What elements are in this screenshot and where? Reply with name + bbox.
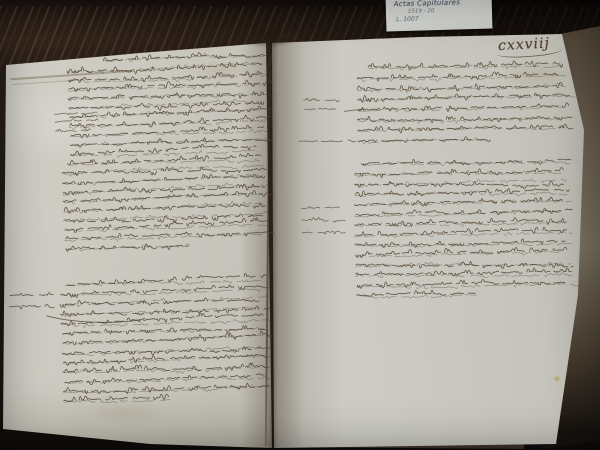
label-shelfmark: L. 1007 <box>396 14 486 24</box>
manuscript-photo: cxxviij Actas Capitulares 1519 - 20 L. 1… <box>0 0 600 450</box>
right-page-paragraph-1 <box>356 58 600 158</box>
left-page-margin-note-2 <box>8 289 83 325</box>
handwriting-layer <box>0 0 600 450</box>
archive-label: Actas Capitulares 1519 - 20 L. 1007 <box>386 0 493 31</box>
left-page-paragraph-2 <box>61 150 301 265</box>
left-page-paragraph-3 <box>59 271 302 418</box>
left-page-margin-note-1 <box>54 106 127 146</box>
right-page-margin-note-3 <box>300 202 377 252</box>
right-page-paragraph-2 <box>353 154 600 312</box>
right-page-margin-note-2 <box>297 136 379 159</box>
right-page-margin-note-1 <box>302 94 373 127</box>
